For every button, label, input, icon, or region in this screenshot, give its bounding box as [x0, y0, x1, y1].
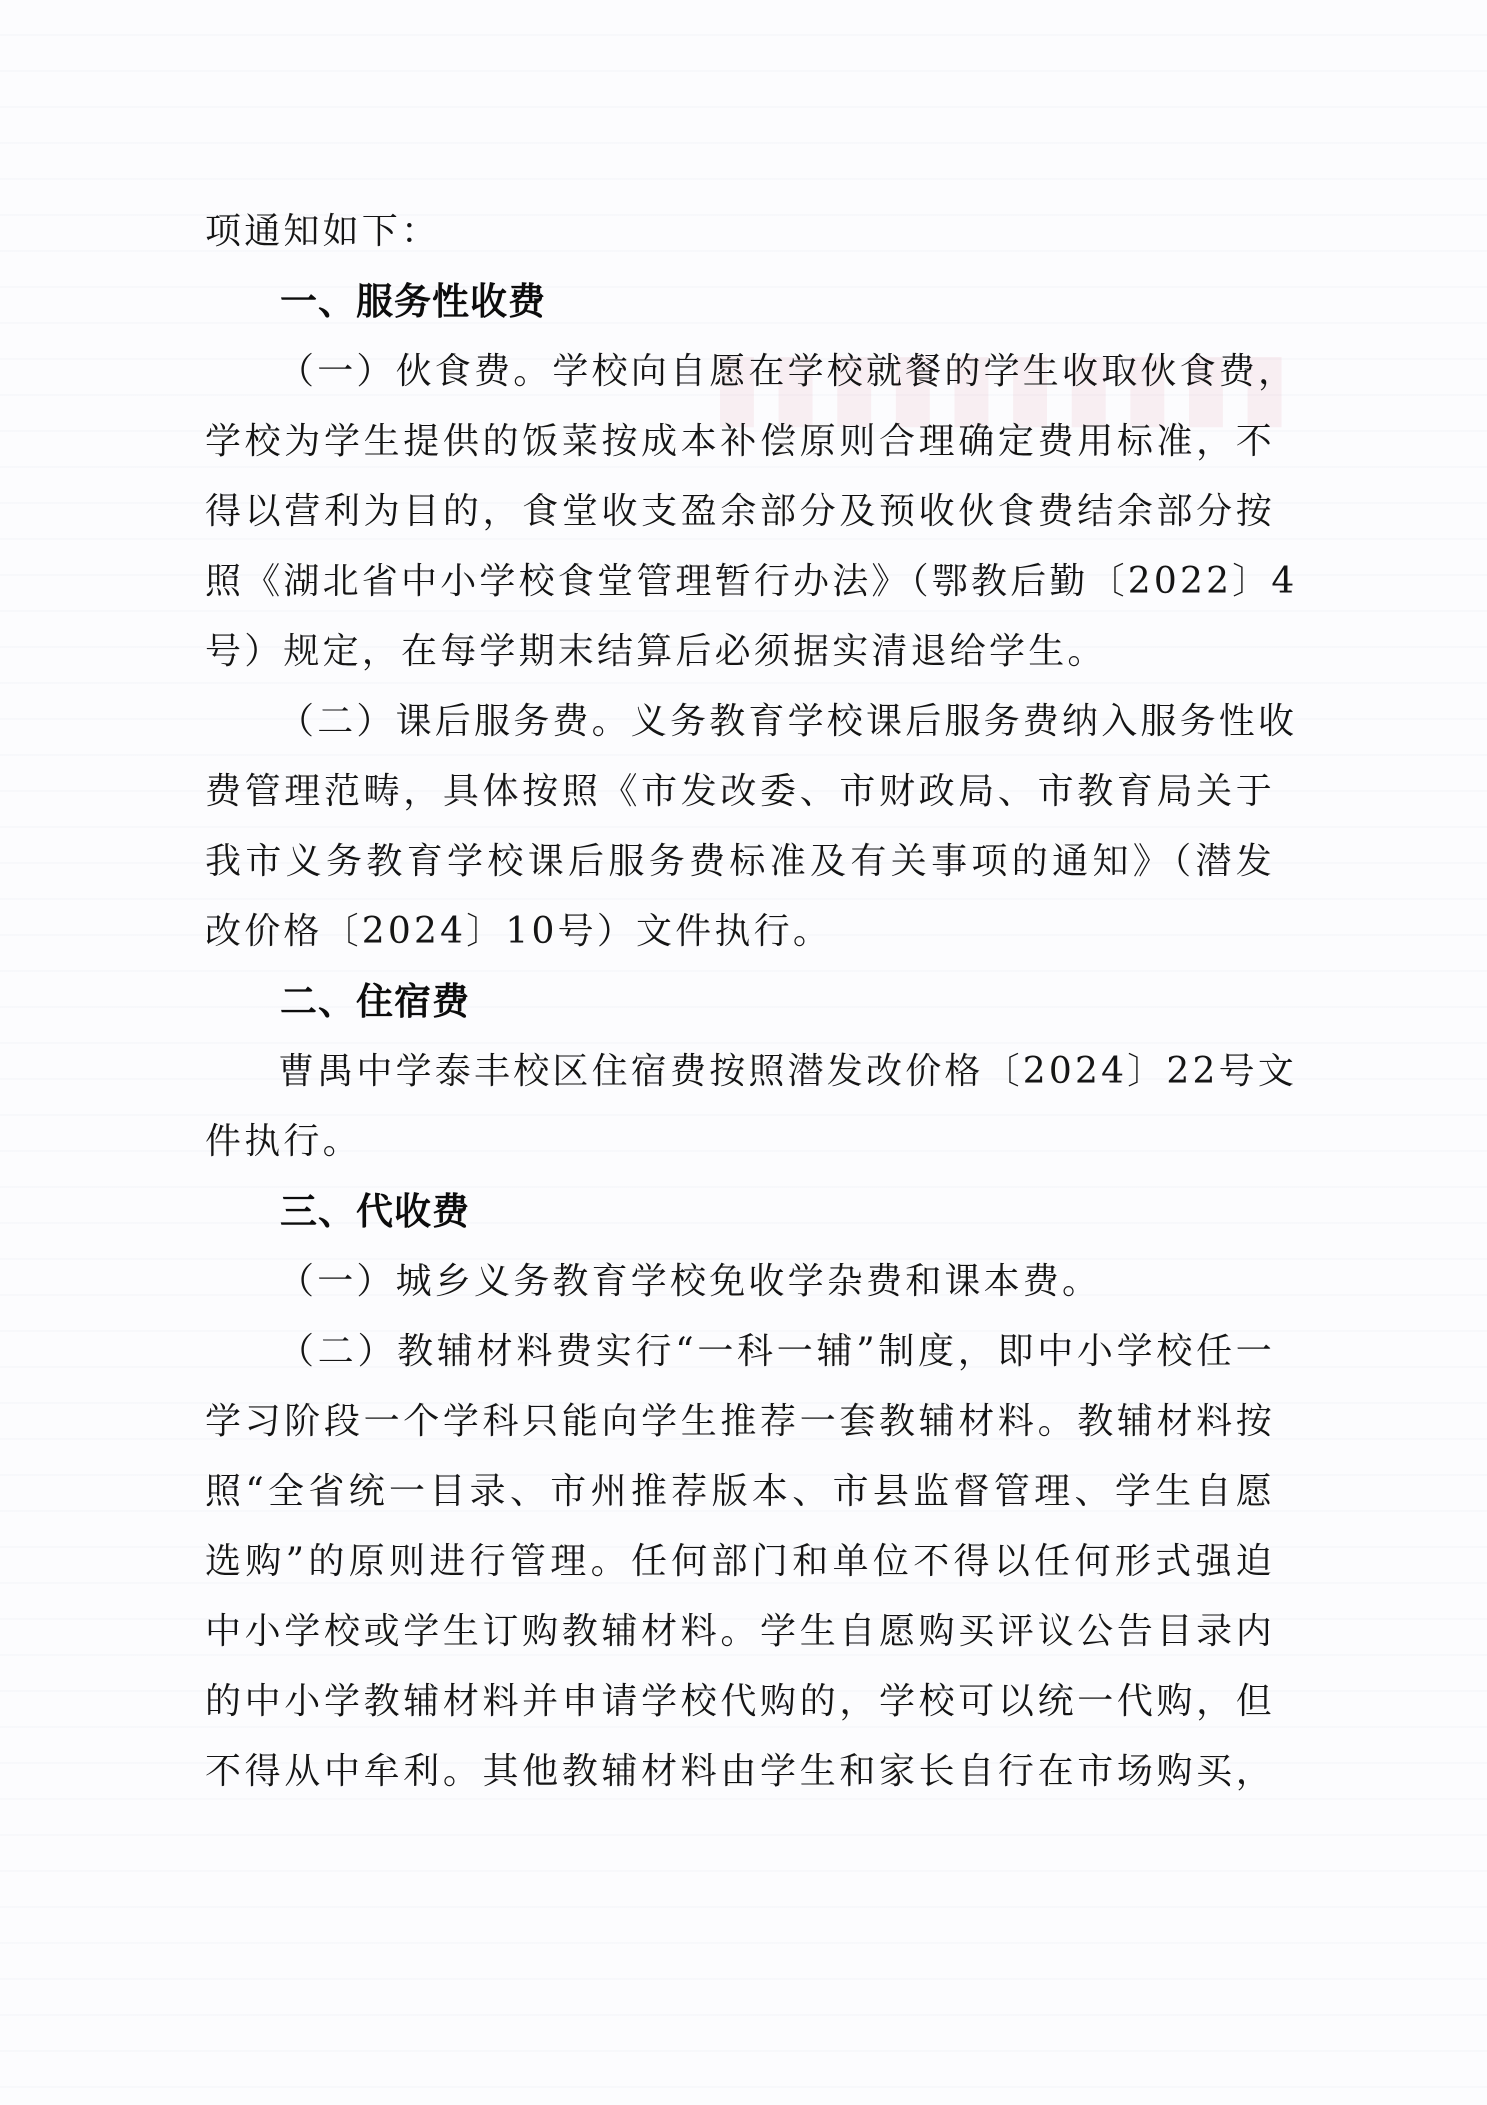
para-meal-fee-line-3: 得以营利为目的，食堂收支盈余部分及预收伙食费结余部分按 — [205, 482, 1275, 542]
para-tuition-exemption: （一）城乡义务教育学校免收学杂费和课本费。 — [278, 1252, 1275, 1312]
section-heading-accommodation-fee: 二、住宿费 — [280, 972, 1350, 1032]
section-heading-collected-fees: 三、代收费 — [280, 1182, 1350, 1242]
para-teaching-materials-line-5: 中小学校或学生订购教辅材料。学生自愿购买评议公告目录内 — [205, 1602, 1275, 1662]
para-teaching-materials-line-3: 照“全省统一目录、市州推荐版本、市县监督管理、学生自愿 — [205, 1462, 1275, 1522]
para-teaching-materials-line-6: 的中小学教辅材料并申请学校代购的，学校可以统一代购，但 — [205, 1672, 1275, 1732]
para-meal-fee-line-2: 学校为学生提供的饭菜按成本补偿原则合理确定费用标准，不 — [205, 412, 1275, 472]
para-meal-fee-line-1: （一）伙食费。学校向自愿在学校就餐的学生收取伙食费， — [278, 342, 1275, 402]
para-teaching-materials-line-2: 学习阶段一个学科只能向学生推荐一套教辅材料。教辅材料按 — [205, 1392, 1275, 1452]
document-page: ▮▮▮▮▮▮▮▮▮▮ 项通知如下： 一、服务性收费 （一）伙食费。学校向自愿在学… — [0, 0, 1487, 2105]
section-heading-service-fees: 一、服务性收费 — [280, 272, 1350, 332]
para-teaching-materials-line-1: （二）教辅材料费实行“一科一辅”制度，即中小学校任一 — [278, 1322, 1275, 1382]
para-teaching-materials-line-4: 选购”的原则进行管理。任何部门和单位不得以任何形式强迫 — [205, 1532, 1275, 1592]
para-accommodation-line-2: 件执行。 — [205, 1112, 1275, 1172]
para-teaching-materials-line-7: 不得从中牟利。其他教辅材料由学生和家长自行在市场购买， — [205, 1742, 1275, 1802]
para-meal-fee-line-5: 号）规定，在每学期末结算后必须据实清退给学生。 — [205, 622, 1275, 682]
para-after-school-fee-line-4: 改价格〔2024〕10号）文件执行。 — [205, 902, 1275, 962]
para-meal-fee-line-4: 照《湖北省中小学校食堂管理暂行办法》（鄂教后勤〔2022〕4 — [205, 552, 1275, 612]
para-after-school-fee-line-3: 我市义务教育学校课后服务费标准及有关事项的通知》（潜发 — [205, 832, 1275, 892]
body-line-intro: 项通知如下： — [205, 202, 1275, 262]
para-after-school-fee-line-2: 费管理范畴，具体按照《市发改委、市财政局、市教育局关于 — [205, 762, 1275, 822]
para-after-school-fee-line-1: （二）课后服务费。义务教育学校课后服务费纳入服务性收 — [278, 692, 1275, 752]
para-accommodation-line-1: 曹禺中学泰丰校区住宿费按照潜发改价格〔2024〕22号文 — [278, 1042, 1275, 1102]
